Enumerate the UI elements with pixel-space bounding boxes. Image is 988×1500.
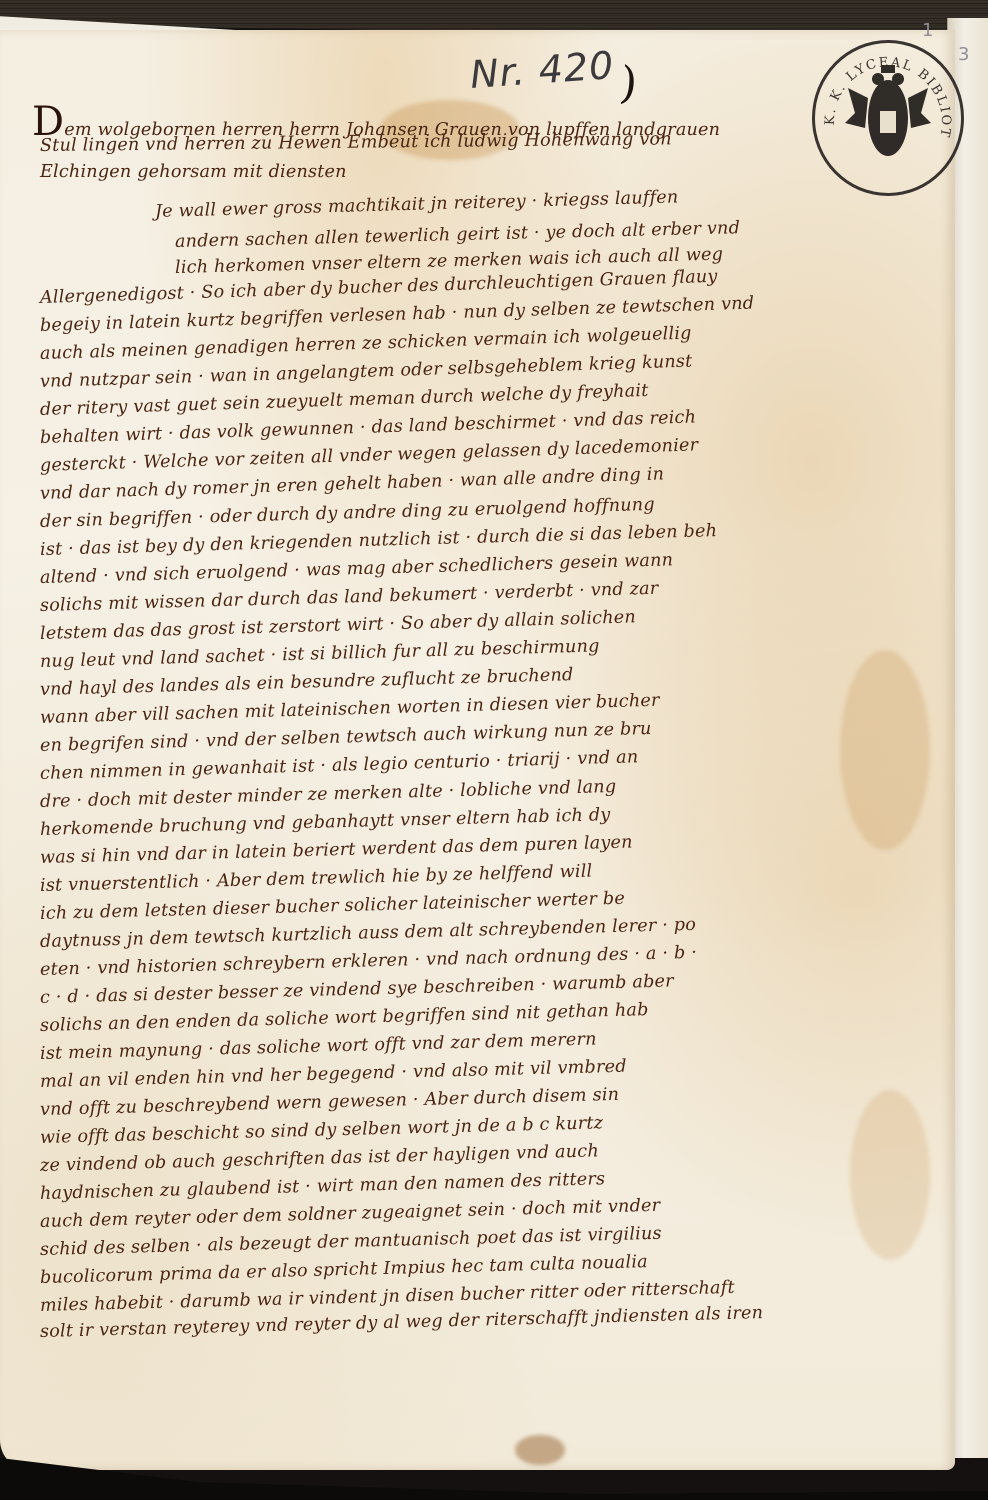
manuscript-scan: Nr. 420 ) 1 3 K. K. LYCEAL BIBLIOTHEK LI… xyxy=(0,0,988,1500)
ink-blot xyxy=(515,1435,565,1465)
text-line: Dem wolgebornen herren herrn Johansen Gr… xyxy=(32,122,720,130)
water-stain xyxy=(850,1090,930,1260)
library-stamp: K. K. LYCEAL BIBLIOTHEK LINZ xyxy=(812,40,964,196)
stamp-icon: K. K. LYCEAL BIBLIOTHEK LINZ xyxy=(815,43,961,193)
text-line: andern sachen allen tewerlich geirt ist … xyxy=(175,228,740,242)
text-line: Stul lingen vnd herren zu Hewen Embeut i… xyxy=(40,139,672,146)
water-stain xyxy=(840,650,930,850)
text-line: lich herkomen vnser eltern ze merken wai… xyxy=(175,255,723,268)
folio-number: 1 xyxy=(922,20,933,41)
